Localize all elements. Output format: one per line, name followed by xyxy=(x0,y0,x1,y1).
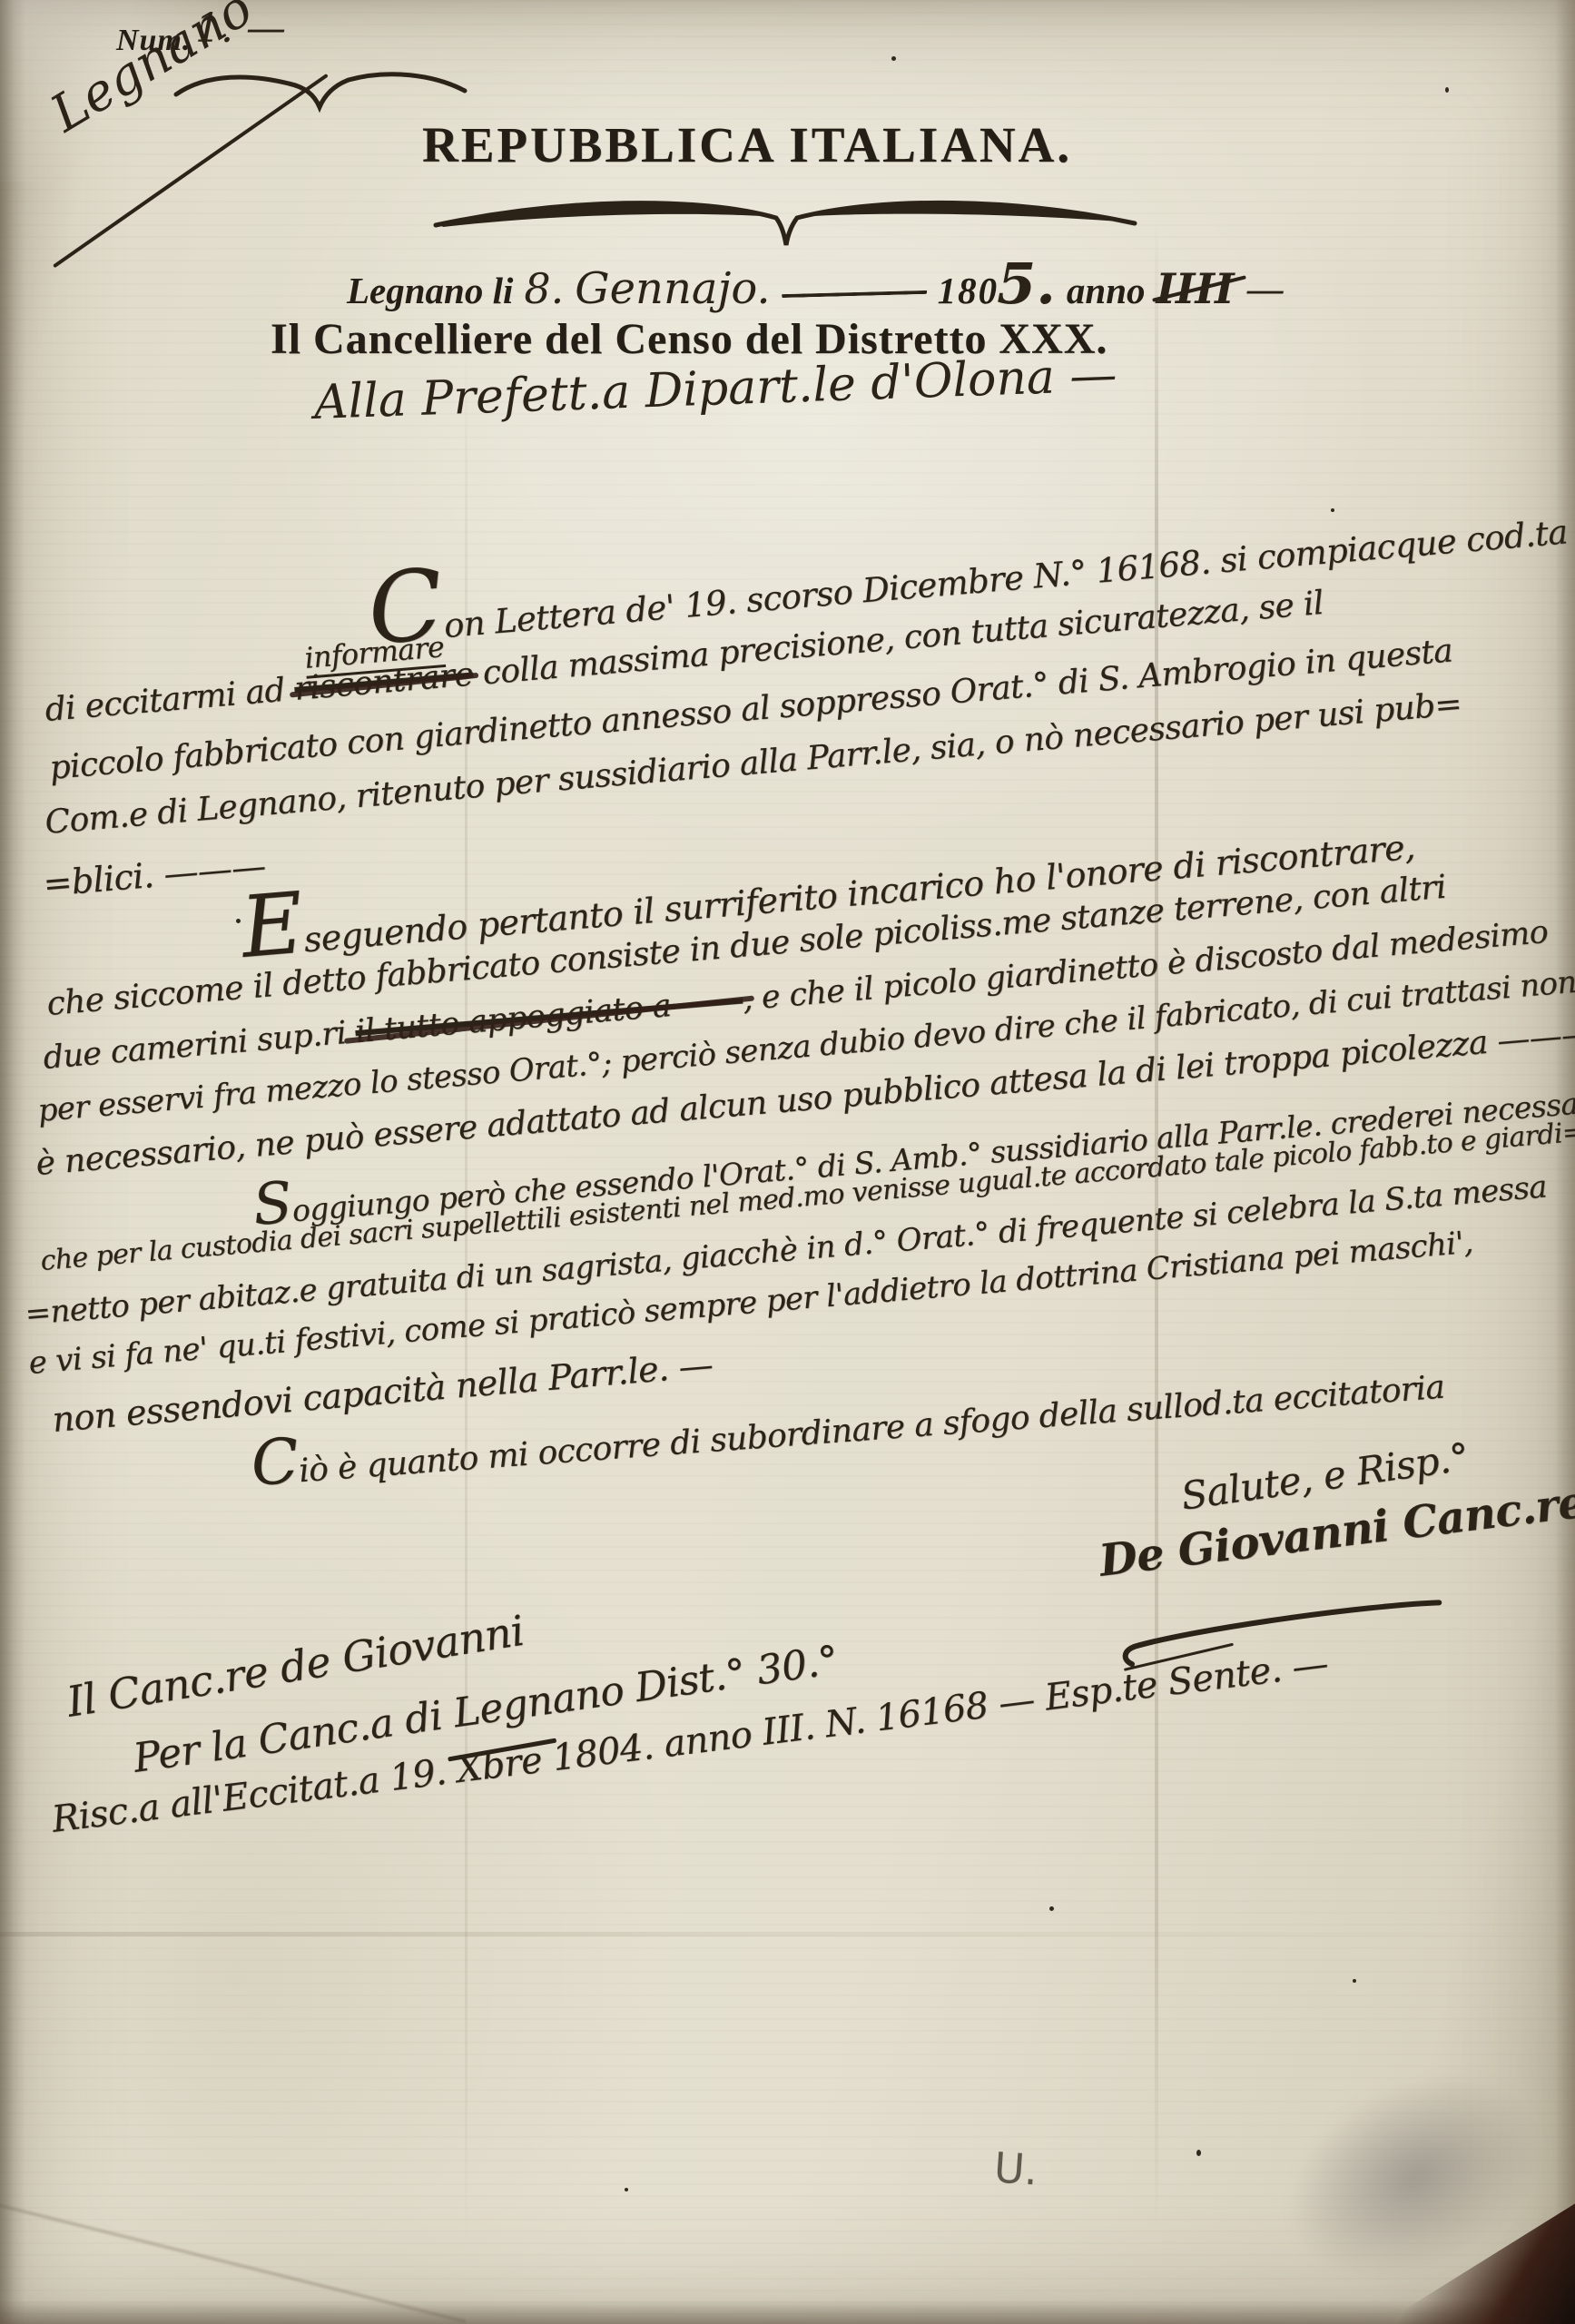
dateline-tail-flourish: — xyxy=(1245,267,1285,313)
brace-flourish xyxy=(171,67,470,114)
body-p1-line2-text: di eccitarmi ad xyxy=(44,671,296,729)
dateline: Legnano li 8. Gennajo. 180 5. anno IIII … xyxy=(347,251,1285,317)
dateline-year-handwritten: 5. xyxy=(997,251,1056,317)
correction: riscontrareinformare xyxy=(293,656,475,708)
struck-month-word: Xbre xyxy=(454,1739,544,1791)
body-p2-line3-text: due camerini sup.ri xyxy=(42,1014,357,1077)
ink-speck xyxy=(625,2188,628,2191)
dateline-anno-handwritten: IIII xyxy=(1157,264,1235,313)
ink-speck xyxy=(891,56,896,61)
ink-speck xyxy=(1331,508,1334,512)
ink-speck xyxy=(236,919,241,923)
dateline-year-printed: 180 xyxy=(938,269,999,312)
dateline-anno-label: anno xyxy=(1067,269,1146,312)
title-swash-flourish xyxy=(427,194,1144,251)
ink-speck xyxy=(1049,1906,1054,1911)
pencil-mark: U. xyxy=(992,2142,1039,2194)
scanned-letter-page: Num. 1. — Legnano REPUBBLICA ITALIANA. L… xyxy=(0,0,1575,2324)
paper-edge-shadow xyxy=(0,0,25,2324)
ink-speck xyxy=(1196,2150,1201,2156)
body-p1-line5: =blici. ——— xyxy=(42,846,267,904)
dateline-dash-stroke xyxy=(782,281,927,297)
paper-edge-shadow xyxy=(1555,0,1575,2324)
ink-speck xyxy=(1353,1979,1356,1983)
paper-fold-crease xyxy=(0,1932,1575,1936)
dateline-day-handwritten: 8. xyxy=(524,264,564,313)
ink-speck xyxy=(1445,87,1449,93)
dateline-month-handwritten: Gennajo. xyxy=(575,263,770,314)
dateline-place-printed: Legnano li xyxy=(347,269,513,312)
document-title: REPUBBLICA ITALIANA. xyxy=(361,116,1133,173)
